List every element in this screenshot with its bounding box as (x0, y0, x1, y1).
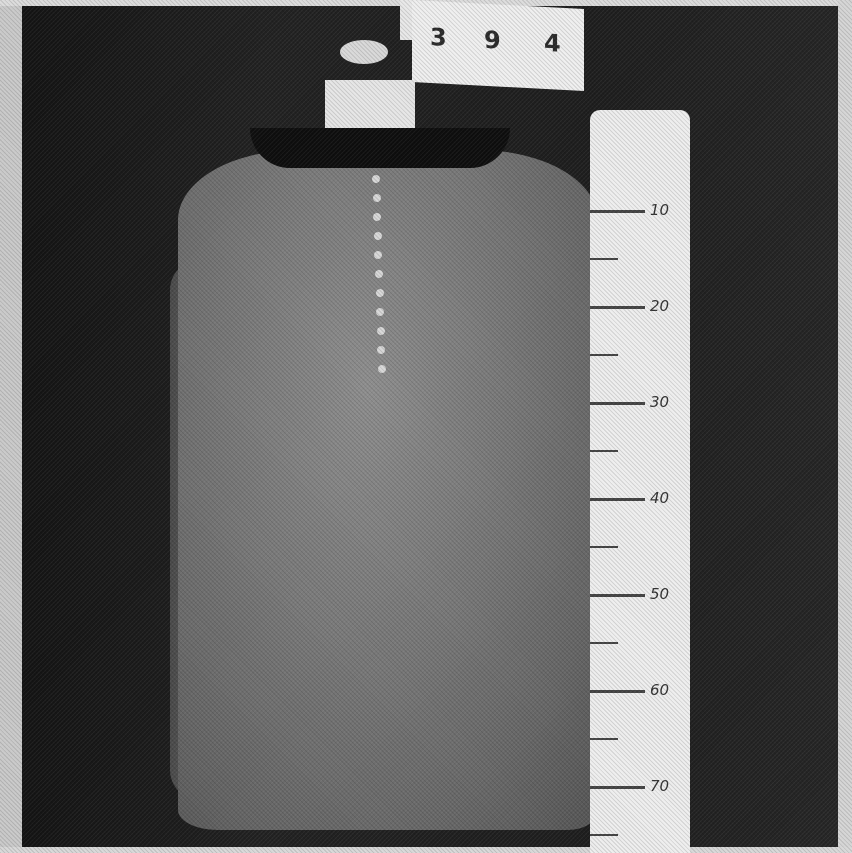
ruler-label: 60 (650, 681, 669, 699)
label-digit: 9 (484, 26, 501, 55)
ruler-label: 70 (650, 777, 669, 795)
ruler-tick-major (590, 498, 645, 501)
spine-marker-dot (375, 270, 383, 278)
spine-marker-dot (372, 175, 380, 183)
patient-label-card: 3 9 4 (412, 0, 584, 91)
ruler-label: 50 (650, 585, 669, 603)
label-digit: 3 (430, 23, 447, 52)
ruler-tick-major (590, 402, 645, 405)
ruler-label: 40 (650, 489, 669, 507)
ruler-tick-minor (590, 738, 618, 740)
ruler-tick-major (590, 690, 645, 693)
ruler-label: 30 (650, 393, 669, 411)
ruler-tick-major (590, 594, 645, 597)
label-digit: 4 (544, 29, 561, 58)
frame-border-bottom (0, 847, 852, 853)
label-stand-pole (400, 0, 412, 40)
ruler-tick-minor (590, 258, 618, 260)
ruler-tick-major (590, 786, 645, 789)
frame-border-right (838, 0, 852, 853)
measuring-ruler: 10203040506070 (590, 110, 690, 853)
head-top (340, 40, 388, 64)
clinical-photo: 3 9 4 10203040506070 (0, 0, 852, 853)
ruler-label: 20 (650, 297, 669, 315)
head-cover (325, 80, 415, 130)
spine-marker-dot (378, 365, 386, 373)
ruler-tick-major (590, 210, 645, 213)
ruler-label: 10 (650, 201, 669, 219)
back-torso (178, 150, 598, 830)
ruler-tick-minor (590, 834, 618, 836)
ruler-tick-minor (590, 642, 618, 644)
spine-marker-dot (376, 289, 384, 297)
ruler-tick-major (590, 306, 645, 309)
spine-marker-dot (373, 194, 381, 202)
ruler-tick-minor (590, 354, 618, 356)
ruler-tick-minor (590, 546, 618, 548)
spine-marker-dot (374, 232, 382, 240)
neck-shadow (250, 128, 510, 168)
frame-border-left (0, 0, 22, 853)
ruler-tick-minor (590, 450, 618, 452)
spine-marker-dot (377, 327, 385, 335)
